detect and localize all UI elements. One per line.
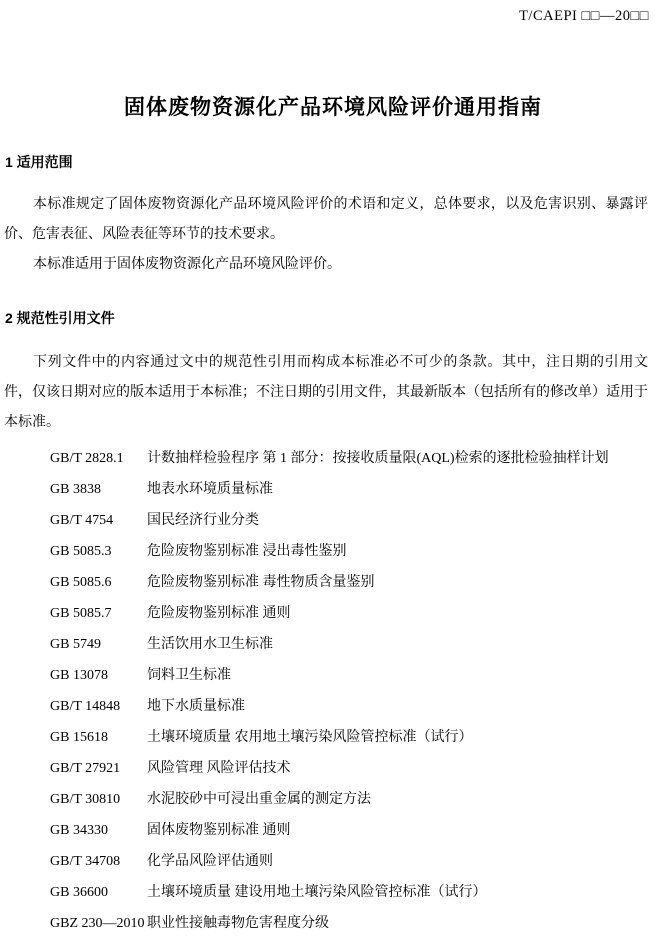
reference-title: 计数抽样检验程序 第 1 部分：按接收质量限(AQL)检索的逐批检验抽样计划 [147, 451, 609, 466]
reference-row: GB 36600土壤环境质量 建设用地土壤污染风险管控标准（试行） [50, 877, 662, 908]
reference-code: GB/T 34708 [50, 846, 147, 877]
reference-row: GB 15618土壤环境质量 农用地土壤污染风险管控标准（试行） [50, 722, 662, 753]
reference-title: 土壤环境质量 农用地土壤污染风险管控标准（试行） [147, 730, 473, 745]
reference-row: GB 13078饲料卫生标准 [50, 660, 662, 691]
scope-paragraph-1: 本标准规定了固体废物资源化产品环境风险评价的术语和定义，总体要求，以及危害识别、… [4, 190, 648, 250]
reference-title: 土壤环境质量 建设用地土壤污染风险管控标准（试行） [147, 885, 487, 900]
reference-title: 危险废物鉴别标准 通则 [147, 606, 291, 621]
reference-row: GB/T 2828.1计数抽样检验程序 第 1 部分：按接收质量限(AQL)检索… [50, 443, 662, 474]
reference-title: 化学品风险评估通则 [147, 854, 273, 869]
reference-code: GB 13078 [50, 660, 147, 691]
reference-code: GB 5085.3 [50, 536, 147, 567]
reference-code: GB/T 14848 [50, 691, 147, 722]
reference-row: GB 3838地表水环境质量标准 [50, 474, 662, 505]
reference-row: GB/T 4754国民经济行业分类 [50, 505, 662, 536]
reference-title: 饲料卫生标准 [147, 668, 231, 683]
normative-references-list: GB/T 2828.1计数抽样检验程序 第 1 部分：按接收质量限(AQL)检索… [50, 443, 662, 939]
reference-row: GB/T 14848地下水质量标准 [50, 691, 662, 722]
reference-title: 风险管理 风险评估技术 [147, 761, 291, 776]
reference-code: GB 5085.7 [50, 598, 147, 629]
reference-row: GB 5749生活饮用水卫生标准 [50, 629, 662, 660]
scope-paragraph-2: 本标准适用于固体废物资源化产品环境风险评价。 [4, 250, 648, 280]
reference-code: GB 34330 [50, 815, 147, 846]
reference-code: GB/T 27921 [50, 753, 147, 784]
reference-code: GB/T 30810 [50, 784, 147, 815]
reference-row: GBZ 230—2010职业性接触毒物危害程度分级 [50, 908, 662, 939]
reference-code: GB/T 4754 [50, 505, 147, 536]
reference-row: GB/T 27921风险管理 风险评估技术 [50, 753, 662, 784]
reference-row: GB/T 30810水泥胶砂中可浸出重金属的测定方法 [50, 784, 662, 815]
reference-code: GBZ 230—2010 [50, 908, 147, 939]
references-intro-paragraph: 下列文件中的内容通过文中的规范性引用而构成本标准必不可少的条款。其中，注日期的引… [4, 348, 648, 438]
reference-row: GB 5085.7危险废物鉴别标准 通则 [50, 598, 662, 629]
reference-code: GB/T 2828.1 [50, 443, 147, 474]
reference-code: GB 5085.6 [50, 567, 147, 598]
section-1-heading: 1 适用范围 [5, 152, 73, 172]
reference-title: 危险废物鉴别标准 浸出毒性鉴别 [147, 544, 347, 559]
document-title: 固体废物资源化产品环境风险评价通用指南 [0, 91, 666, 121]
reference-title: 职业性接触毒物危害程度分级 [147, 916, 329, 931]
section-2-heading: 2 规范性引用文件 [5, 308, 115, 328]
document-page: T/CAEPI □□—20□□ 固体废物资源化产品环境风险评价通用指南 1 适用… [0, 0, 666, 950]
reference-code: GB 5749 [50, 629, 147, 660]
reference-row: GB 5085.6危险废物鉴别标准 毒性物质含量鉴别 [50, 567, 662, 598]
reference-title: 水泥胶砂中可浸出重金属的测定方法 [147, 792, 371, 807]
reference-row: GB 34330固体废物鉴别标准 通则 [50, 815, 662, 846]
reference-row: GB 5085.3危险废物鉴别标准 浸出毒性鉴别 [50, 536, 662, 567]
reference-title: 生活饮用水卫生标准 [147, 637, 273, 652]
reference-code: GB 15618 [50, 722, 147, 753]
reference-code: GB 3838 [50, 474, 147, 505]
reference-title: 地表水环境质量标准 [147, 482, 273, 497]
reference-title: 固体废物鉴别标准 通则 [147, 823, 291, 838]
reference-code: GB 36600 [50, 877, 147, 908]
reference-title: 国民经济行业分类 [147, 513, 259, 528]
reference-row: GB/T 34708化学品风险评估通则 [50, 846, 662, 877]
standard-number: T/CAEPI □□—20□□ [519, 8, 649, 25]
reference-title: 地下水质量标准 [147, 699, 245, 714]
reference-title: 危险废物鉴别标准 毒性物质含量鉴别 [147, 575, 375, 590]
